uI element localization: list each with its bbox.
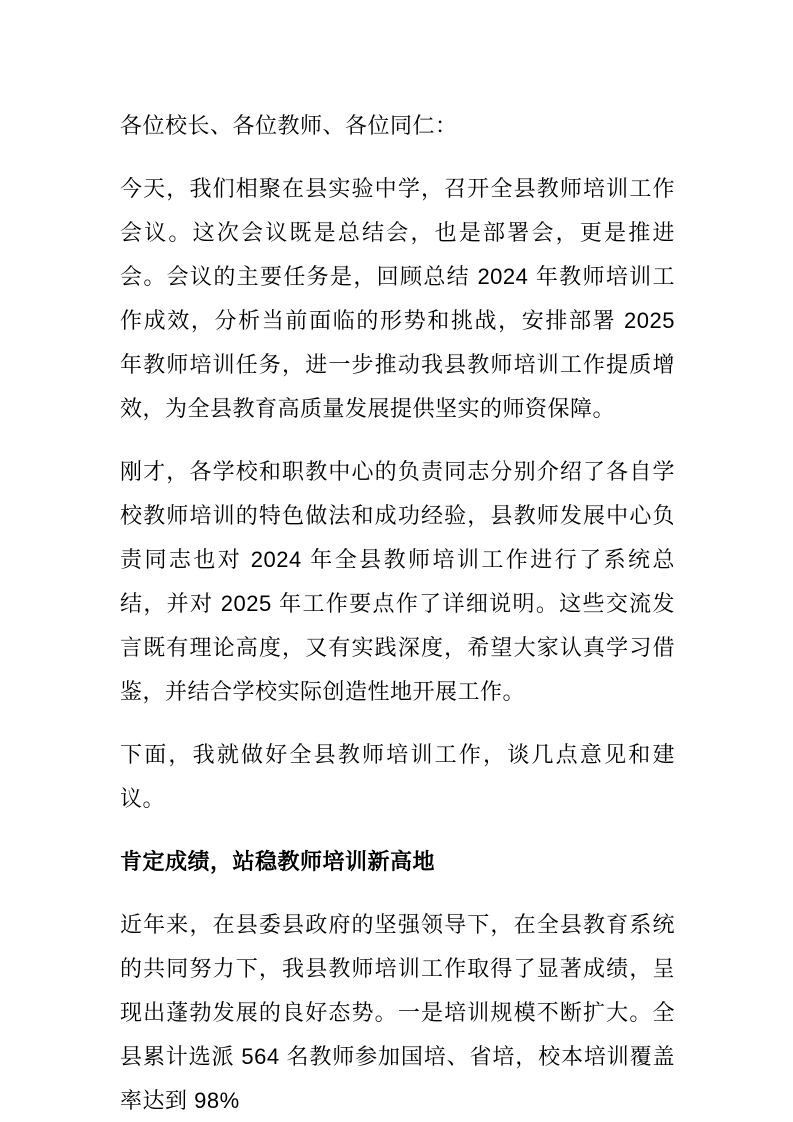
paragraph-meeting-opening: 今天，我们相聚在县实验中学，召开全县教师培训工作会议。这次会议既是总结会，也是部… bbox=[120, 167, 675, 431]
section-heading-achievements: 肯定成绩，站稳教师培训新高地 bbox=[120, 840, 675, 884]
paragraph-achievements: 近年来，在县委县政府的坚强领导下，在全县教育系统的共同努力下，我县教师培训工作取… bbox=[120, 903, 675, 1122]
paragraph-transition: 下面，我就做好全县教师培训工作，谈几点意见和建议。 bbox=[120, 733, 675, 821]
paragraph-exchange-review: 刚才，各学校和职教中心的负责同志分别介绍了各自学校教师培训的特色做法和成功经验，… bbox=[120, 450, 675, 714]
salutation-paragraph: 各位校长、各位教师、各位同仁： bbox=[120, 104, 675, 148]
document-page: 各位校长、各位教师、各位同仁： 今天，我们相聚在县实验中学，召开全县教师培训工作… bbox=[0, 0, 793, 1122]
